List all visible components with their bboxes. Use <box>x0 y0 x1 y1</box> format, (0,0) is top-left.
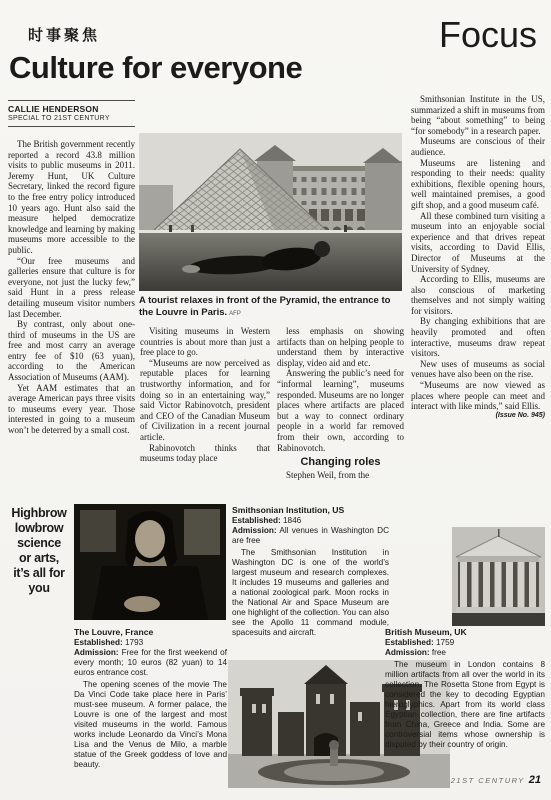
article-column-3: less emphasis on showing artifacts than … <box>277 326 404 481</box>
museum-info-smithsonian: Smithsonian Institution, US Established:… <box>232 505 389 638</box>
promo-line: Highbrow <box>6 506 72 521</box>
paragraph: Yet AAM estimates that an average Americ… <box>8 383 135 436</box>
paragraph: “Our free museums and galleries ensure t… <box>8 256 135 320</box>
museum-name: The Louvre, France <box>74 627 227 637</box>
louvre-pyramid-illustration <box>139 133 402 291</box>
promo-line: lowbrow <box>6 521 72 536</box>
british-museum-image <box>452 527 545 626</box>
paragraph: Rabinovotch thinks that museums today pl… <box>140 443 270 464</box>
byline-role: SPECIAL TO 21ST CENTURY <box>8 115 135 122</box>
paragraph: Stephen Weil, from the <box>277 470 404 481</box>
mona-lisa-image <box>74 504 226 620</box>
paragraph: “Museums are now viewed as places where … <box>411 380 545 412</box>
promo-line: it’s all for <box>6 566 72 581</box>
photo-caption-text: A tourist relaxes in front of the Pyrami… <box>139 295 390 318</box>
page-footer: 21ST CENTURY21 <box>451 774 541 786</box>
museum-name: Smithsonian Institution, US <box>232 505 389 515</box>
article-column-1: The British government recently reported… <box>8 139 135 436</box>
paragraph: The British government recently reported… <box>8 139 135 256</box>
issue-number: (Issue No. 945) <box>411 412 545 419</box>
article-column-4: Smithsonian Institute in the US, summari… <box>411 94 545 419</box>
newspaper-page: 时事聚焦 Focus Culture for everyone CALLIE H… <box>0 0 551 800</box>
article-column-2: Visiting museums in Western countries is… <box>140 326 270 464</box>
museum-admission: Admission: Free for the first weekend of… <box>74 648 227 678</box>
paragraph: According to Ellis, museums are also con… <box>411 274 545 316</box>
louvre-pyramid-photo <box>139 133 402 291</box>
museum-established: Established: 1759 <box>385 638 545 648</box>
byline: CALLIE HENDERSON SPECIAL TO 21ST CENTURY <box>8 100 135 127</box>
footer-brand: 21ST CENTURY <box>451 776 525 785</box>
museum-description: The opening scenes of the movie The Da V… <box>74 680 227 770</box>
section-label-chinese: 时事聚焦 <box>28 24 100 45</box>
museum-description: The Smithsonian Institution in Washingto… <box>232 548 389 638</box>
paragraph: New uses of museums as social venues hav… <box>411 359 545 380</box>
paragraph: “Museums are now perceived as reputable … <box>140 358 270 443</box>
museum-name: British Museum, UK <box>385 627 545 637</box>
section-label-focus: Focus <box>439 14 537 56</box>
photo-caption: A tourist relaxes in front of the Pyrami… <box>139 295 402 319</box>
byline-name: CALLIE HENDERSON <box>8 104 135 114</box>
subhead-changing-roles: Changing roles <box>277 456 404 468</box>
promo-box: Highbrow lowbrow science or arts, it’s a… <box>6 506 72 596</box>
paragraph: By contrast, only about one-third of mus… <box>8 319 135 383</box>
promo-line: or arts, <box>6 551 72 566</box>
paragraph: All these combined turn visiting a museu… <box>411 211 545 275</box>
museum-info-british: British Museum, UK Established: 1759 Adm… <box>385 627 545 750</box>
museum-description: The museum in London contains 8 million … <box>385 660 545 750</box>
paragraph: less emphasis on showing artifacts than … <box>277 326 404 368</box>
paragraph: By changing exhibitions that are heavily… <box>411 316 545 358</box>
museum-established: Established: 1793 <box>74 638 227 648</box>
photo-credit: AFP <box>229 311 241 317</box>
paragraph: Answering the public’s need for “informa… <box>277 368 404 453</box>
article-title: Culture for everyone <box>9 50 302 86</box>
museum-admission: Admission: free <box>385 648 545 658</box>
paragraph: Museums are conscious of their audience. <box>411 136 545 157</box>
museum-admission: Admission: All venues in Washington DC a… <box>232 526 389 546</box>
paragraph: Museums are listening and responding to … <box>411 158 545 211</box>
promo-line: science <box>6 536 72 551</box>
promo-line: you <box>6 581 72 596</box>
museum-established: Established: 1846 <box>232 516 389 526</box>
paragraph: Smithsonian Institute in the US, summari… <box>411 94 545 136</box>
footer-page-number: 21 <box>529 774 541 786</box>
paragraph: Visiting museums in Western countries is… <box>140 326 270 358</box>
museum-info-louvre: The Louvre, France Established: 1793 Adm… <box>74 627 227 770</box>
